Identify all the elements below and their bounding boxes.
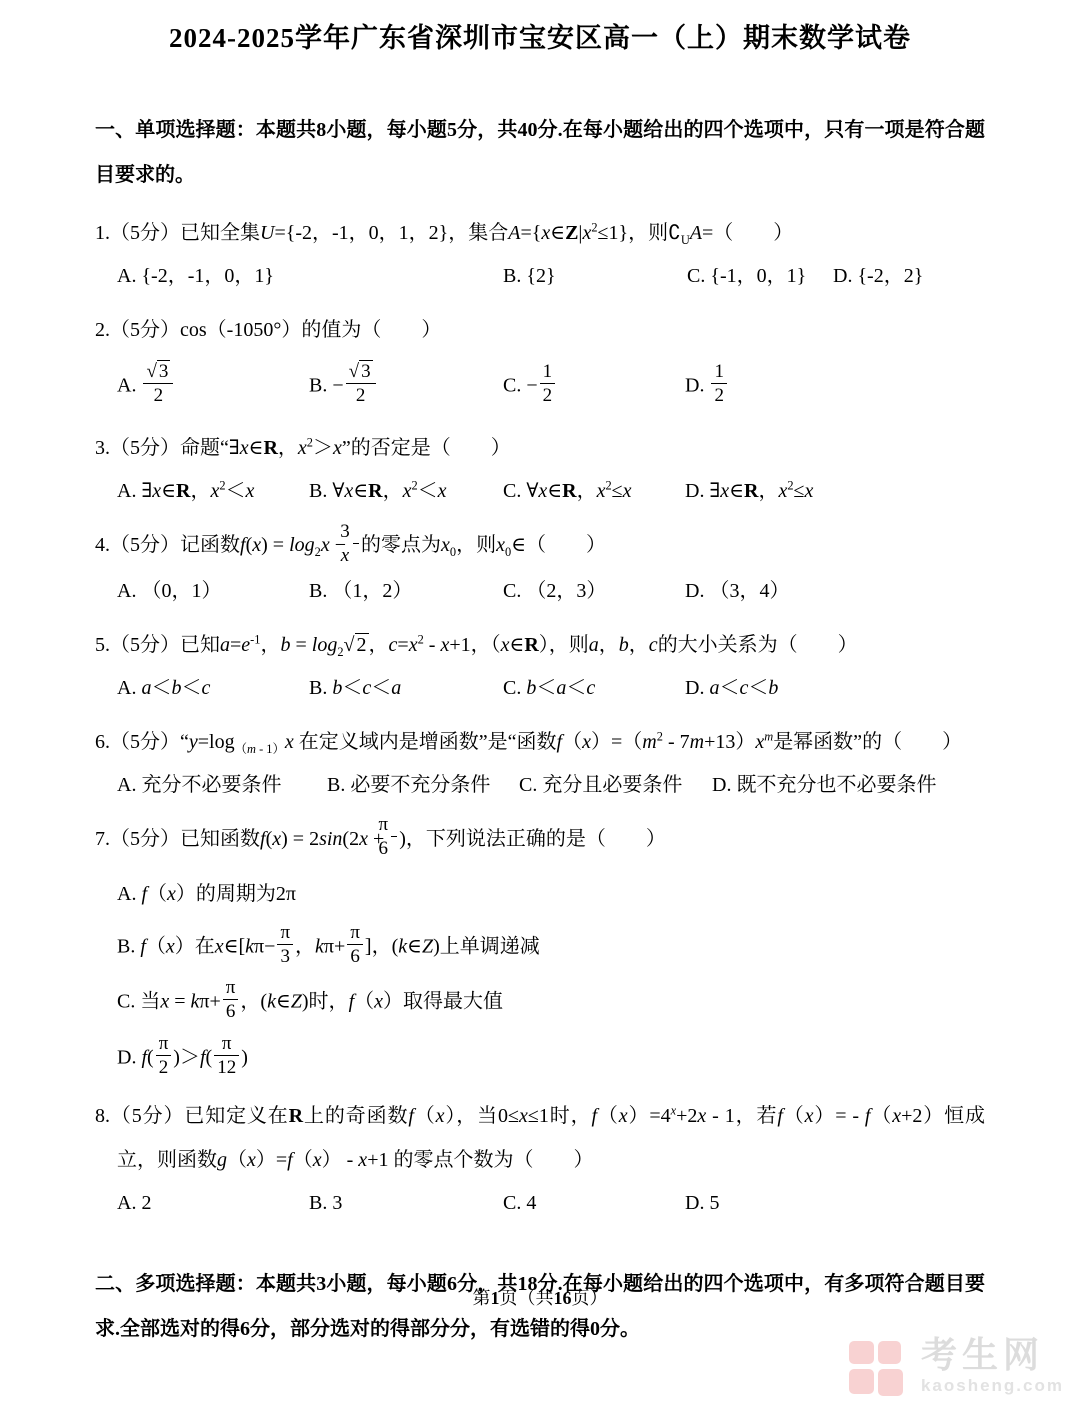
option-d: D. a＜c＜b bbox=[685, 669, 778, 707]
question-3-stem: 3.（5分）命题“∃x∈R，x2＞x”的否定是（ ） bbox=[95, 426, 985, 470]
option-d: D. f(π2)＞f(π12) bbox=[95, 1036, 985, 1082]
option-c: C. {-1，0，1} bbox=[687, 257, 833, 295]
question-5-stem: 5.（5分）已知a=e-1，b = log2√2，c=x2 - x+1，（x∈R… bbox=[95, 623, 985, 667]
exam-document: { "page": { "title": "2024-2025学年广东省深圳市宝… bbox=[0, 0, 1080, 1404]
question-5: 5.（5分）已知a=e-1，b = log2√2，c=x2 - x+1，（x∈R… bbox=[95, 623, 985, 707]
question-2-stem: 2.（5分）cos（-1050°）的值为（ ） bbox=[95, 308, 985, 352]
page-title: 2024-2025学年广东省深圳市宝安区高一（上）期末数学试卷 bbox=[95, 20, 985, 58]
question-6-options: A. 充分不必要条件 B. 必要不充分条件 C. 充分且必要条件 D. 既不充分… bbox=[95, 766, 985, 804]
option-b: B. {2} bbox=[503, 257, 687, 295]
section-1-header: 一、单项选择题：本题共8小题，每小题5分，共40分.在每小题给出的四个选项中，只… bbox=[95, 108, 985, 198]
question-8: 8.（5分）已知定义在R上的奇函数f（x），当0≤x≤1时，f（x）=4x+2x… bbox=[95, 1094, 985, 1222]
option-c: C. ∀x∈R，x2≤x bbox=[503, 472, 685, 510]
option-a: A. {-2，-1，0，1} bbox=[117, 257, 503, 295]
question-4-options: A. （0，1） B. （1，2） C. （2，3） D. （3，4） bbox=[95, 572, 985, 610]
question-7-options: A. f（x）的周期为2π B. f（x）在x∈[kπ−π3，kπ+π6]，(k… bbox=[95, 873, 985, 1082]
question-1-options: A. {-2，-1，0，1} B. {2} C. {-1，0，1} D. {-2… bbox=[95, 257, 985, 295]
question-3: 3.（5分）命题“∃x∈R，x2＞x”的否定是（ ） A. ∃x∈R，x2＜x … bbox=[95, 426, 985, 510]
option-c: C. b＜a＜c bbox=[503, 669, 685, 707]
question-4-stem: 4.（5分）记函数f(x) = log2x − 3x的零点为x0，则x0∈（ ） bbox=[95, 523, 985, 569]
exam-page: 2024-2025学年广东省深圳市宝安区高一（上）期末数学试卷 一、单项选择题：… bbox=[0, 0, 1080, 1352]
option-c: C. 充分且必要条件 bbox=[519, 766, 712, 804]
option-b: B. f（x）在x∈[kπ−π3，kπ+π6]，(k∈Z)上单调递减 bbox=[95, 925, 985, 971]
question-2-options: A. √32 B. −√32 C. −12 D. 12 bbox=[95, 358, 985, 414]
option-a: A. 2 bbox=[117, 1184, 309, 1222]
watermark-cn-label: 考生网 bbox=[921, 1337, 1064, 1373]
option-a: A. f（x）的周期为2π bbox=[95, 873, 985, 915]
question-7: 7.（5分）已知函数f(x) = 2sin(2x + π6)，下列说法正确的是（… bbox=[95, 817, 985, 1082]
watermark-text: 考生网 kaosheng.com bbox=[921, 1337, 1064, 1394]
option-d: D. （3，4） bbox=[685, 572, 789, 610]
option-a: A. a＜b＜c bbox=[117, 669, 309, 707]
question-5-options: A. a＜b＜c B. b＜c＜a C. b＜a＜c D. a＜c＜b bbox=[95, 669, 985, 707]
kaosheng-logo-icon bbox=[849, 1334, 909, 1396]
page-number: 第1页（共16页） bbox=[0, 1284, 1080, 1310]
option-c: C. 当x = kπ+π6，(k∈Z)时，f（x）取得最大值 bbox=[95, 980, 985, 1026]
option-c: C. −12 bbox=[503, 364, 685, 410]
option-b: B. ∀x∈R，x2＜x bbox=[309, 472, 503, 510]
question-6-stem: 6.（5分）“y=log（m - 1）x 在定义域内是增函数”是“函数f（x）=… bbox=[95, 720, 985, 764]
question-7-stem: 7.（5分）已知函数f(x) = 2sin(2x + π6)，下列说法正确的是（… bbox=[95, 817, 985, 863]
option-d: D. {-2，2} bbox=[833, 257, 923, 295]
option-a: A. （0，1） bbox=[117, 572, 309, 610]
question-1-stem: 1.（5分）已知全集U={-2，-1，0，1，2}，集合A={x∈Z|x2≤1}… bbox=[95, 211, 985, 255]
option-c: C. 4 bbox=[503, 1184, 685, 1222]
option-d: D. 5 bbox=[685, 1184, 719, 1222]
question-2: 2.（5分）cos（-1050°）的值为（ ） A. √32 B. −√32 C… bbox=[95, 308, 985, 414]
question-1: 1.（5分）已知全集U={-2，-1，0，1，2}，集合A={x∈Z|x2≤1}… bbox=[95, 211, 985, 295]
question-8-options: A. 2 B. 3 C. 4 D. 5 bbox=[95, 1184, 985, 1222]
option-b: B. （1，2） bbox=[309, 572, 503, 610]
option-a: A. √32 bbox=[117, 364, 309, 410]
option-b: B. b＜c＜a bbox=[309, 669, 503, 707]
option-b: B. 3 bbox=[309, 1184, 503, 1222]
option-b: B. 必要不充分条件 bbox=[327, 766, 519, 804]
option-a: A. ∃x∈R，x2＜x bbox=[117, 472, 309, 510]
watermark-en-label: kaosheng.com bbox=[921, 1377, 1064, 1394]
option-a: A. 充分不必要条件 bbox=[117, 766, 327, 804]
option-d: D. 12 bbox=[685, 364, 729, 410]
option-c: C. （2，3） bbox=[503, 572, 685, 610]
question-6: 6.（5分）“y=log（m - 1）x 在定义域内是增函数”是“函数f（x）=… bbox=[95, 720, 985, 804]
question-4: 4.（5分）记函数f(x) = log2x − 3x的零点为x0，则x0∈（ ）… bbox=[95, 523, 985, 609]
kaosheng-watermark: 考生网 kaosheng.com bbox=[849, 1334, 1064, 1396]
question-8-stem: 8.（5分）已知定义在R上的奇函数f（x），当0≤x≤1时，f（x）=4x+2x… bbox=[95, 1094, 985, 1182]
option-d: D. ∃x∈R，x2≤x bbox=[685, 472, 813, 510]
option-b: B. −√32 bbox=[309, 364, 503, 410]
question-3-options: A. ∃x∈R，x2＜x B. ∀x∈R，x2＜x C. ∀x∈R，x2≤x D… bbox=[95, 472, 985, 510]
option-d: D. 既不充分也不必要条件 bbox=[712, 766, 936, 804]
